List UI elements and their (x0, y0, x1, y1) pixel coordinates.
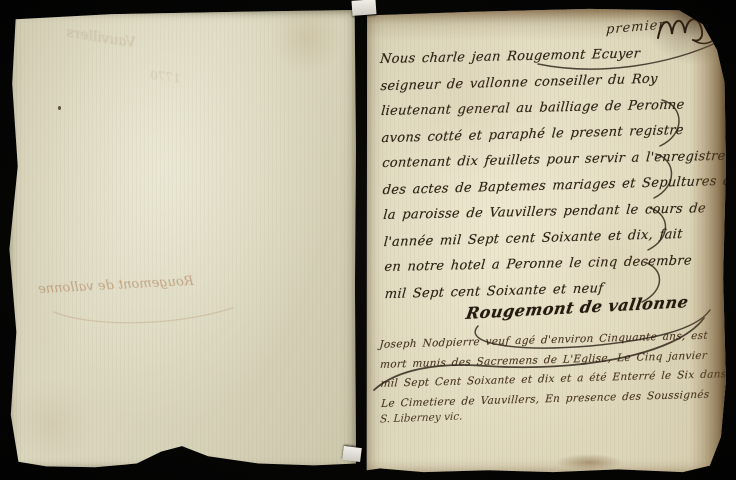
ink-speck (58, 106, 61, 110)
bleedthrough-signature: Rougemont de vallonne (38, 274, 194, 297)
register-opening-act: Nous charle jean Rougemont Ecuyer seigne… (379, 44, 736, 312)
bleedthrough-flourish (48, 302, 238, 332)
bleedthrough-title: Vauvillers (65, 25, 136, 52)
right-page: premier Nous charle jean Rougemont Ecuye… (366, 8, 726, 474)
bleedthrough-year: 1770 (149, 68, 181, 86)
scanner-background: Vauvillers 1770 Rougemont de vallonne pr… (0, 0, 736, 480)
binding-tab-bottom (342, 446, 362, 462)
burial-act: Joseph Nodpierre veuf agé d'environ Cinq… (379, 329, 727, 417)
left-page: Vauvillers 1770 Rougemont de vallonne (8, 10, 356, 470)
binding-tab-top (352, 0, 377, 16)
priest-signoff: S. Liberney vic. (380, 411, 463, 426)
